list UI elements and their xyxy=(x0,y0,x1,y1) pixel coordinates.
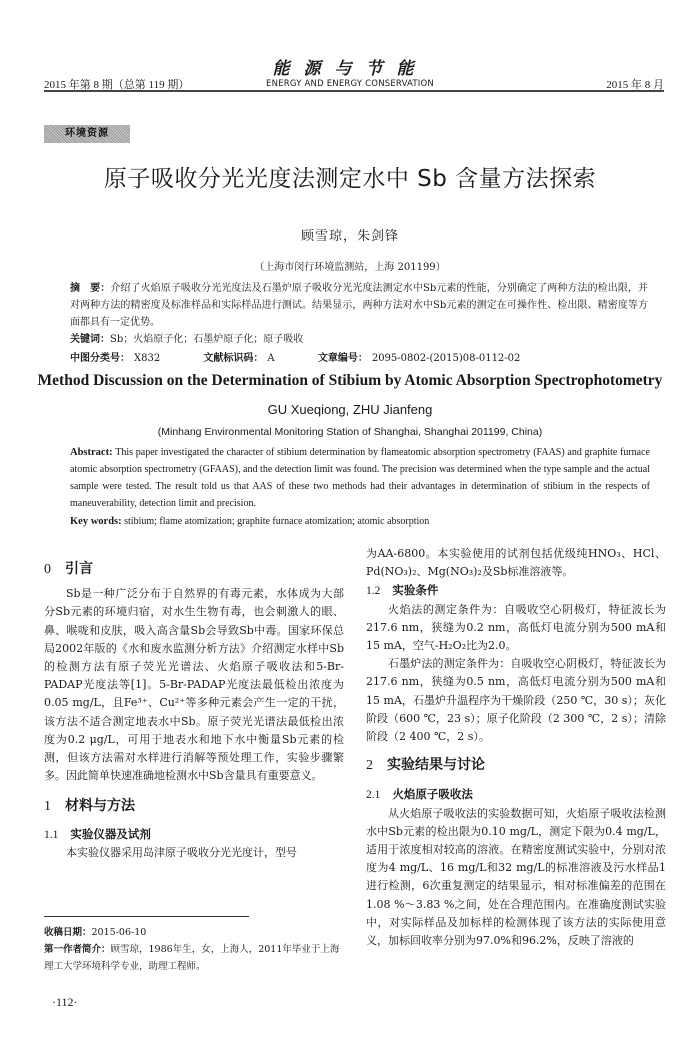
clc-label: 中图分类号： xyxy=(70,353,130,364)
keywords-cn: 关键词：Sb；火焰原子化；石墨炉原子化；原子吸收 xyxy=(70,331,648,348)
article-title-en: Method Discussion on the Determination o… xyxy=(0,372,700,390)
flame-conditions-paragraph: 火焰法的测定条件为：自吸收空心阴极灯，特征波长为217.6 nm，狭缝为0.2 … xyxy=(366,601,666,656)
section-heading-1-2: 1.2实验条件 xyxy=(366,581,666,600)
page-number: ·112· xyxy=(52,995,78,1010)
classification-line: 中图分类号：X832 文献标识码：A 文章编号：2095-0802-(2015)… xyxy=(70,349,524,364)
keywords-en-label: Key words: xyxy=(70,516,122,527)
abstract-cn: 摘 要：介绍了火焰原子吸收分光光度法及石墨炉原子吸收分光光度法测定水中Sb元素的… xyxy=(70,280,648,331)
abstract-en-text: This paper investigated the character of… xyxy=(70,447,650,509)
section-tag: 环境资源 xyxy=(44,125,130,143)
author-bio: 第一作者简介：顾雪琼，1986年生，女，上海人，2011年毕业于上海理工大学环境… xyxy=(44,941,344,975)
keywords-en-text: stibium; flame atomization; graphite fur… xyxy=(124,516,429,527)
affiliation-en: (Minhang Environmental Monitoring Statio… xyxy=(0,426,700,438)
keywords-en: Key words: stibium; flame atomization; g… xyxy=(70,513,650,530)
abstract-en: Abstract: This paper investigated the ch… xyxy=(70,444,650,530)
footnote: 收稿日期：2015-06-10 第一作者简介：顾雪琼，1986年生，女，上海人，… xyxy=(44,924,344,975)
journal-title-en: ENERGY AND ENERGY CONSERVATION xyxy=(0,79,700,89)
furnace-conditions-paragraph: 石墨炉法的测定条件为：自吸收空心阴极灯，特征波长为217.6 nm，狭缝为0.5… xyxy=(366,655,666,746)
abstract-cn-text: 介绍了火焰原子吸收分光光度法及石墨炉原子吸收分光光度法测定水中Sb元素的性能，分… xyxy=(70,283,648,328)
doc-code-value: A xyxy=(267,353,274,364)
clc-value: X832 xyxy=(134,353,160,364)
authors-en: GU Xueqiong, ZHU Jianfeng xyxy=(0,402,700,417)
article-no-label: 文章编号： xyxy=(318,353,368,364)
intro-paragraph: Sb是一种广泛分布于自然界的有毒元素，水体成为大部分Sb元素的环境归宿，对水生生… xyxy=(44,585,344,785)
keywords-cn-label: 关键词： xyxy=(70,334,110,345)
abstract-en-label: Abstract: xyxy=(70,447,113,458)
flame-results-paragraph: 从火焰原子吸收法的实验数据可知，火焰原子吸收法检测水中Sb元素的检出限为0.10… xyxy=(366,805,666,951)
doc-code-label: 文献标识码： xyxy=(203,353,263,364)
affiliation-cn: （上海市闵行环境监测站，上海 201199） xyxy=(0,258,700,273)
body-column-left: 0引言 Sb是一种广泛分布于自然界的有毒元素，水体成为大部分Sb元素的环境归宿，… xyxy=(44,560,344,862)
section-heading-2-1: 2.1火焰原子吸收法 xyxy=(366,785,666,804)
instrument-paragraph-cont: 为AA-6800。本实验使用的试剂包括优级纯HNO₃、HCl、Pd(NO₃)₂、… xyxy=(366,545,666,581)
header-rule xyxy=(44,90,664,92)
keywords-cn-text: Sb；火焰原子化；石墨炉原子化；原子吸收 xyxy=(110,334,303,345)
article-title-cn: 原子吸收分光光度法测定水中 Sb 含量方法探索 xyxy=(0,160,700,193)
instrument-paragraph-start: 本实验仪器采用岛津原子吸收分光光度计，型号 xyxy=(44,844,344,862)
received-date: 收稿日期：2015-06-10 xyxy=(44,924,344,941)
footnote-rule xyxy=(44,916,249,917)
abstract-cn-label: 摘 要： xyxy=(70,283,110,294)
body-column-right: 为AA-6800。本实验使用的试剂包括优级纯HNO₃、HCl、Pd(NO₃)₂、… xyxy=(366,545,666,950)
journal-masthead: 能源与节能 ENERGY AND ENERGY CONSERVATION xyxy=(0,60,700,89)
journal-title-cn: 能源与节能 xyxy=(0,60,700,78)
section-heading-0: 0引言 xyxy=(44,560,344,579)
section-heading-2: 2实验结果与讨论 xyxy=(366,756,666,775)
section-heading-1-1: 1.1实验仪器及试剂 xyxy=(44,825,344,844)
section-heading-1: 1材料与方法 xyxy=(44,797,344,816)
article-no-value: 2095-0802-(2015)08-0112-02 xyxy=(372,353,521,364)
authors-cn: 顾雪琼，朱剑锋 xyxy=(0,225,700,244)
